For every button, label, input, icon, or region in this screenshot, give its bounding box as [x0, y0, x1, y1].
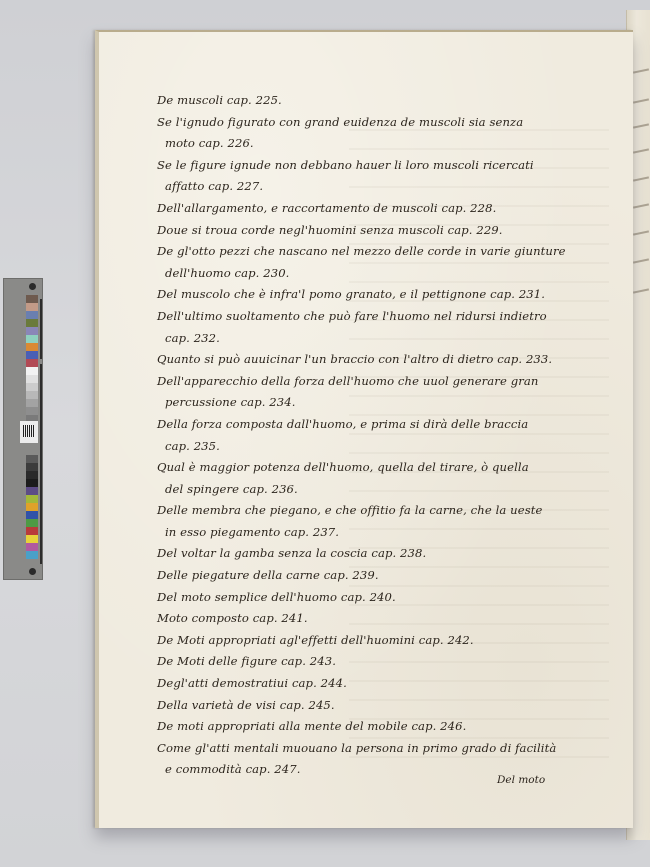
- strip-hole-top: [29, 283, 36, 290]
- color-swatch: [26, 527, 38, 535]
- strip-scale-bar: [40, 299, 42, 359]
- toc-entry: Del muscolo che è infra'l pomo granato, …: [157, 284, 577, 306]
- color-swatch: [26, 311, 38, 319]
- toc-entry-continuation: del spingere cap. 236.: [157, 479, 577, 501]
- color-swatch: [26, 471, 38, 479]
- color-swatch: [26, 535, 38, 543]
- toc-entry: Delle piegature della carne cap. 239.: [157, 565, 577, 587]
- toc-entry: Dell'ultimo suoltamento che può fare l'h…: [157, 306, 577, 328]
- color-swatch: [26, 455, 38, 463]
- gray-step-swatch: [26, 383, 38, 391]
- toc-entry: Delle membra che piegano, e che offitio …: [157, 500, 577, 522]
- strip-hole-bottom: [29, 568, 36, 575]
- color-swatch: [26, 495, 38, 503]
- toc-entry: Della forza composta dall'huomo, e prima…: [157, 414, 577, 436]
- color-swatch: [26, 327, 38, 335]
- toc-entry: Se le figure ignude non debbano hauer li…: [157, 155, 577, 177]
- toc-entry: Dell'apparecchio della forza dell'huomo …: [157, 371, 577, 393]
- color-swatch: [26, 479, 38, 487]
- color-swatch: [26, 319, 38, 327]
- toc-entry: Moto composto cap. 241.: [157, 608, 577, 630]
- color-swatch: [26, 359, 38, 367]
- gray-step-swatch: [26, 391, 38, 399]
- table-of-contents: De muscoli cap. 225.Se l'ignudo figurato…: [157, 90, 577, 781]
- toc-entry: Degl'atti demostratiui cap. 244.: [157, 673, 577, 695]
- toc-entry: Quanto si può auuicinar l'un braccio con…: [157, 349, 577, 371]
- color-swatch: [26, 543, 38, 551]
- color-swatch: [26, 335, 38, 343]
- toc-entry-continuation: dell'huomo cap. 230.: [157, 263, 577, 285]
- gray-step-swatch: [26, 399, 38, 407]
- toc-entry-continuation: cap. 235.: [157, 436, 577, 458]
- strip-scale-bar: [40, 364, 42, 564]
- toc-entry: De Moti delle figure cap. 243.: [157, 651, 577, 673]
- toc-entry-continuation: in esso piegamento cap. 237.: [157, 522, 577, 544]
- toc-entry: Se l'ignudo figurato con grand euidenza …: [157, 112, 577, 134]
- gray-step-swatch: [26, 407, 38, 415]
- color-calibration-strip: [3, 278, 43, 580]
- color-swatch: [26, 343, 38, 351]
- toc-entry: De moti appropriati alla mente del mobil…: [157, 716, 577, 738]
- catchword: Del moto: [497, 774, 545, 786]
- color-swatch: [26, 503, 38, 511]
- color-swatch: [26, 351, 38, 359]
- toc-entry: Doue si troua corde negl'huomini senza m…: [157, 220, 577, 242]
- color-swatches-bottom: [26, 455, 38, 559]
- toc-entry: Della varietà de visi cap. 245.: [157, 695, 577, 717]
- color-swatch: [26, 551, 38, 559]
- color-swatch: [26, 511, 38, 519]
- manuscript-page: De muscoli cap. 225.Se l'ignudo figurato…: [95, 30, 633, 828]
- toc-entry-continuation: affatto cap. 227.: [157, 176, 577, 198]
- color-swatch: [26, 519, 38, 527]
- color-swatch: [26, 295, 38, 303]
- toc-entry-continuation: cap. 232.: [157, 328, 577, 350]
- toc-entry: De gl'otto pezzi che nascano nel mezzo d…: [157, 241, 577, 263]
- color-swatches-top: [26, 295, 38, 423]
- toc-entry: De Moti appropriati agl'effetti dell'huo…: [157, 630, 577, 652]
- color-swatch: [26, 303, 38, 311]
- toc-entry: Qual è maggior potenza dell'huomo, quell…: [157, 457, 577, 479]
- toc-entry: Come gl'atti mentali muouano la persona …: [157, 738, 577, 760]
- toc-entry-continuation: moto cap. 226.: [157, 133, 577, 155]
- color-swatch: [26, 463, 38, 471]
- toc-entry: Dell'allargamento, e raccortamento de mu…: [157, 198, 577, 220]
- toc-entry: Del moto semplice dell'huomo cap. 240.: [157, 587, 577, 609]
- strip-barcode-label: [20, 421, 38, 443]
- toc-entry-continuation: percussione cap. 234.: [157, 392, 577, 414]
- toc-entry: Del voltar la gamba senza la coscia cap.…: [157, 543, 577, 565]
- toc-entry: De muscoli cap. 225.: [157, 90, 577, 112]
- gray-step-swatch: [26, 367, 38, 375]
- gray-step-swatch: [26, 375, 38, 383]
- color-swatch: [26, 487, 38, 495]
